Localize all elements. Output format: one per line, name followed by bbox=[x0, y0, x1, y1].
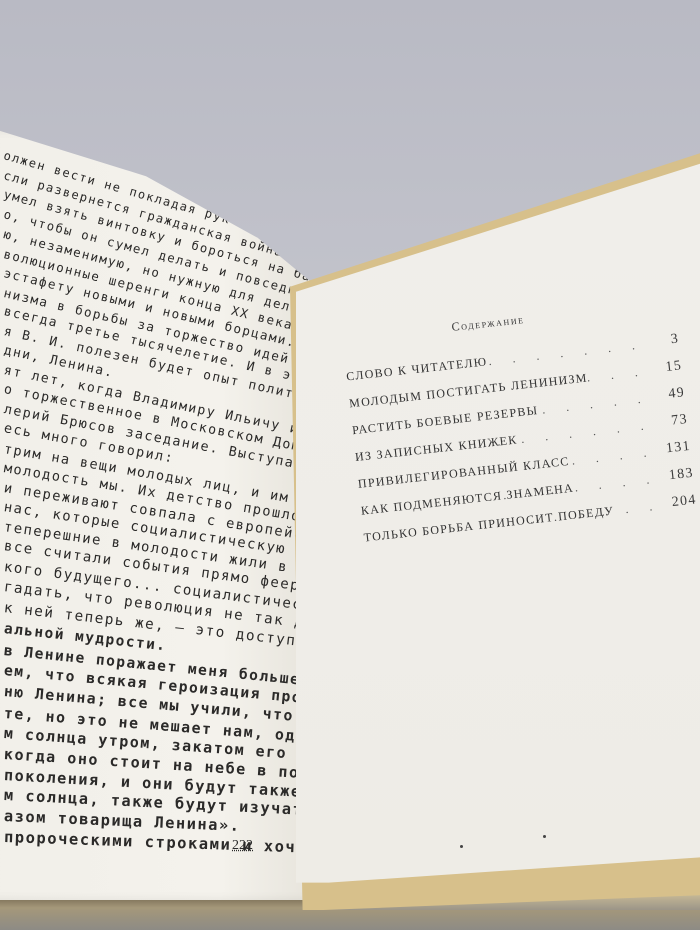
toc-entry-page: 3 bbox=[670, 331, 680, 348]
toc-entry-page: 73 bbox=[671, 412, 689, 430]
paper-speck bbox=[543, 835, 546, 838]
toc-entry-page: 15 bbox=[665, 358, 683, 376]
book-photo: олжен вести не покладая рук повседневную… bbox=[0, 0, 700, 930]
paper-speck bbox=[460, 845, 463, 848]
toc-entry-page: 131 bbox=[665, 439, 691, 458]
toc-entry-page: 49 bbox=[668, 385, 686, 403]
left-page-number: 222 bbox=[232, 838, 253, 854]
left-page: олжен вести не покладая рук повседневную… bbox=[0, 130, 332, 900]
toc-entry-page: 204 bbox=[671, 492, 697, 511]
toc-entry-page: 183 bbox=[668, 466, 694, 485]
